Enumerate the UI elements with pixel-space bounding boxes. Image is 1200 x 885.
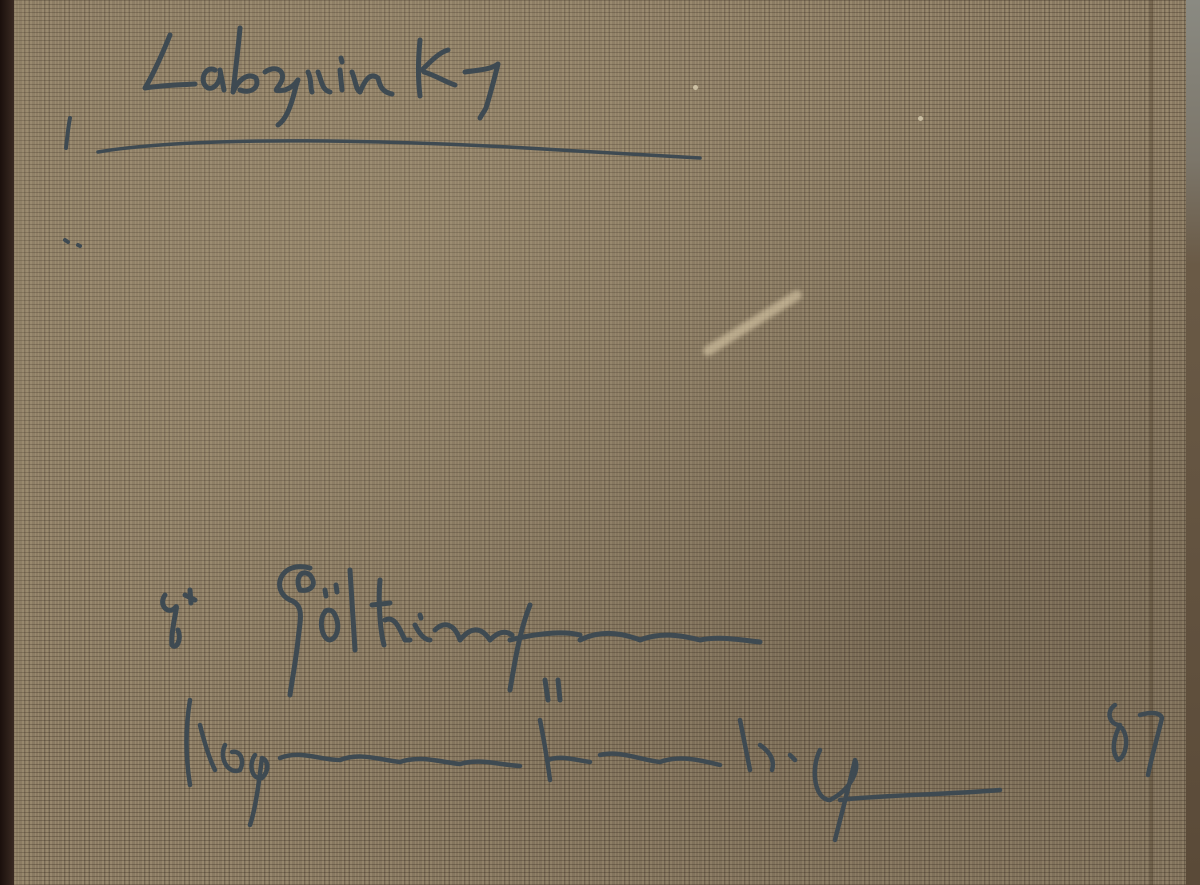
- title-handwriting: [145, 28, 498, 125]
- handwriting-ink: [0, 0, 1200, 885]
- line2-handwriting: [187, 700, 1162, 840]
- line1-handwriting: [163, 567, 760, 700]
